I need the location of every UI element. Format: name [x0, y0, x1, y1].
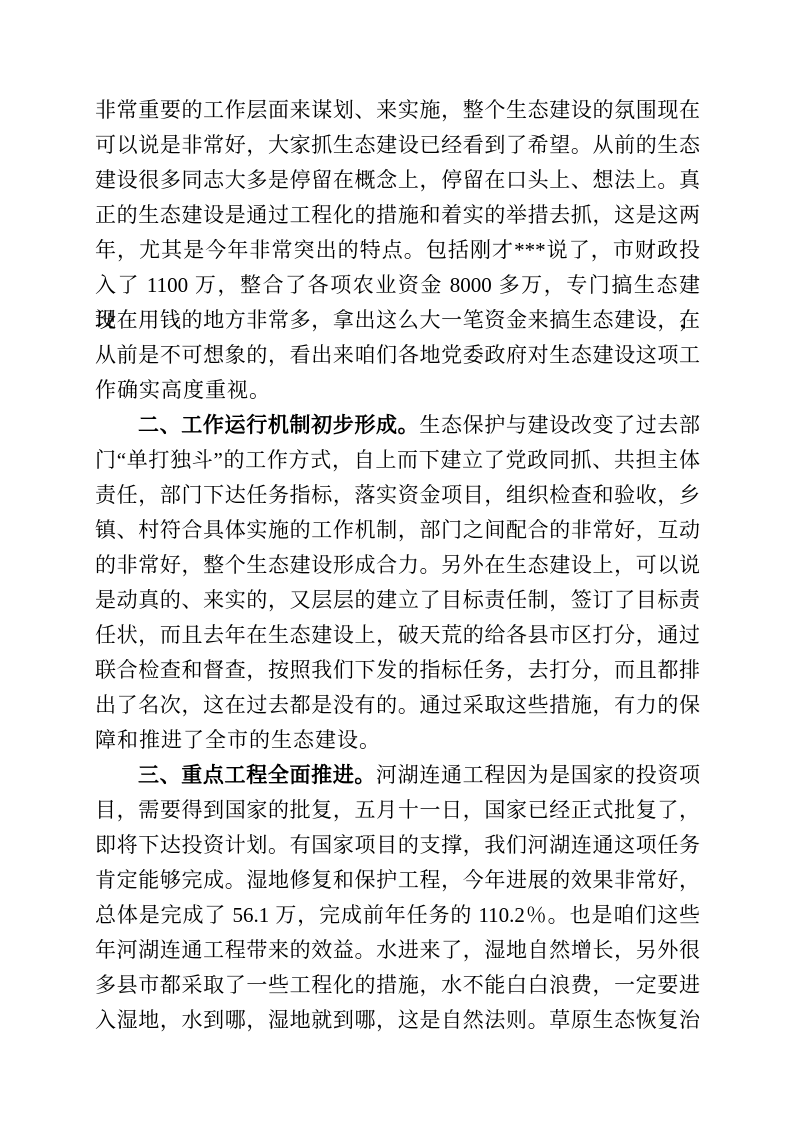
- text-line: 即将下达投资计划。有国家项目的支撑，我们河湖连通这项任务: [95, 828, 700, 863]
- text-segment: 出了名次，这在过去都是没有的。通过采取这些措施，有力的保: [95, 693, 700, 717]
- text-segment: 即将下达投资计划。有国家项目的支撑，我们河湖连通这项任务: [95, 833, 700, 857]
- text-line: 年，尤其是今年非常突出的特点。包括刚才***说了，市财政投: [95, 233, 700, 268]
- text-line: 二、工作运行机制初步形成。生态保护与建设改变了过去部: [95, 408, 700, 443]
- text-segment: 多县市都采取了一些工程化的措施，水不能白白浪费，一定要进: [95, 973, 700, 997]
- text-segment: 的非常好，整个生态建设形成合力。另外在生态建设上，可以说: [95, 553, 700, 577]
- text-line: 非常重要的工作层面来谋划、来实施，整个生态建设的氛围现在: [95, 93, 700, 128]
- text-segment: 非常重要的工作层面来谋划、来实施，整个生态建设的氛围现在: [95, 98, 700, 122]
- text-line: 任状，而且去年在生态建设上，破天荒的给各县市区打分，通过: [95, 618, 700, 653]
- text-line: 多县市都采取了一些工程化的措施，水不能白白浪费，一定要进: [95, 968, 700, 1003]
- text-column: 非常重要的工作层面来谋划、来实施，整个生态建设的氛围现在可以说是非常好，大家抓生…: [95, 93, 700, 1038]
- text-segment: 障和推进了全市的生态建设。: [95, 728, 381, 752]
- text-segment: 任状，而且去年在生态建设上，破天荒的给各县市区打分，通过: [95, 623, 700, 647]
- text-line: 入了 1100 万，整合了各项农业资金 8000 多万，专门搞生态建设，: [95, 268, 700, 303]
- text-line: 镇、村符合具体实施的工作机制，部门之间配合的非常好，互动: [95, 513, 700, 548]
- text-line: 年河湖连通工程带来的效益。水进来了，湿地自然增长，另外很: [95, 933, 700, 968]
- text-line: 入湿地，水到哪，湿地就到哪，这是自然法则。草原生态恢复治: [95, 1003, 700, 1038]
- text-line: 肯定能够完成。湿地修复和保护工程，今年进展的效果非常好，: [95, 863, 700, 898]
- text-segment: 正的生态建设是通过工程化的措施和着实的举措去抓，这是这两: [95, 203, 700, 227]
- text-line: 障和推进了全市的生态建设。: [95, 723, 700, 758]
- section-heading: 二、工作运行机制初步形成。: [138, 413, 419, 437]
- text-line: 三、重点工程全面推进。河湖连通工程因为是国家的投资项: [95, 758, 700, 793]
- text-segment: 现在用钱的地方非常多，拿出这么大一笔资金来搞生态建设，在: [95, 308, 700, 332]
- text-line: 是动真的、来实的，又层层的建立了目标责任制，签订了目标责: [95, 583, 700, 618]
- text-line: 建设很多同志大多是停留在概念上，停留在口头上、想法上。真: [95, 163, 700, 198]
- text-line: 正的生态建设是通过工程化的措施和着实的举措去抓，这是这两: [95, 198, 700, 233]
- text-segment: 可以说是非常好，大家抓生态建设已经看到了希望。从前的生态: [95, 133, 700, 157]
- text-segment: 是动真的、来实的，又层层的建立了目标责任制，签订了目标责: [95, 588, 700, 612]
- text-segment: 镇、村符合具体实施的工作机制，部门之间配合的非常好，互动: [95, 518, 700, 542]
- text-line: 的非常好，整个生态建设形成合力。另外在生态建设上，可以说: [95, 548, 700, 583]
- text-segment: 年，尤其是今年非常突出的特点。包括刚才***说了，市财政投: [95, 238, 700, 262]
- text-line: 现在用钱的地方非常多，拿出这么大一笔资金来搞生态建设，在: [95, 303, 700, 338]
- text-line: 门“单打独斗”的工作方式，自上而下建立了党政同抓、共担主体: [95, 443, 700, 478]
- text-line: 从前是不可想象的，看出来咱们各地党委政府对生态建设这项工: [95, 338, 700, 373]
- text-line: 出了名次，这在过去都是没有的。通过采取这些措施，有力的保: [95, 688, 700, 723]
- text-segment: 作确实高度重视。: [95, 378, 271, 402]
- text-segment: 建设很多同志大多是停留在概念上，停留在口头上、想法上。真: [95, 168, 700, 192]
- document-page: 非常重要的工作层面来谋划、来实施，整个生态建设的氛围现在可以说是非常好，大家抓生…: [0, 0, 793, 1122]
- text-segment: 门“单打独斗”的工作方式，自上而下建立了党政同抓、共担主体: [95, 448, 700, 472]
- text-segment: 总体是完成了 56.1 万，完成前年任务的 110.2％。也是咱们这些: [95, 903, 700, 927]
- text-line: 作确实高度重视。: [95, 373, 700, 408]
- text-segment: 从前是不可想象的，看出来咱们各地党委政府对生态建设这项工: [95, 343, 700, 367]
- text-line: 可以说是非常好，大家抓生态建设已经看到了希望。从前的生态: [95, 128, 700, 163]
- text-segment: 责任，部门下达任务指标，落实资金项目，组织检查和验收，乡: [95, 483, 700, 507]
- text-segment: 目，需要得到国家的批复，五月十一日，国家已经正式批复了，: [95, 798, 700, 822]
- text-line: 总体是完成了 56.1 万，完成前年任务的 110.2％。也是咱们这些: [95, 898, 700, 933]
- text-line: 责任，部门下达任务指标，落实资金项目，组织检查和验收，乡: [95, 478, 700, 513]
- text-segment: 肯定能够完成。湿地修复和保护工程，今年进展的效果非常好，: [95, 868, 700, 892]
- section-heading: 三、重点工程全面推进。: [138, 763, 376, 787]
- text-segment: 年河湖连通工程带来的效益。水进来了，湿地自然增长，另外很: [95, 938, 700, 962]
- text-line: 目，需要得到国家的批复，五月十一日，国家已经正式批复了，: [95, 793, 700, 828]
- text-segment: 联合检查和督查，按照我们下发的指标任务，去打分，而且都排: [95, 658, 700, 682]
- text-segment: 入湿地，水到哪，湿地就到哪，这是自然法则。草原生态恢复治: [95, 1008, 700, 1032]
- text-segment: 河湖连通工程因为是国家的投资项: [376, 763, 700, 787]
- text-segment: 生态保护与建设改变了过去部: [419, 413, 700, 437]
- text-line: 联合检查和督查，按照我们下发的指标任务，去打分，而且都排: [95, 653, 700, 688]
